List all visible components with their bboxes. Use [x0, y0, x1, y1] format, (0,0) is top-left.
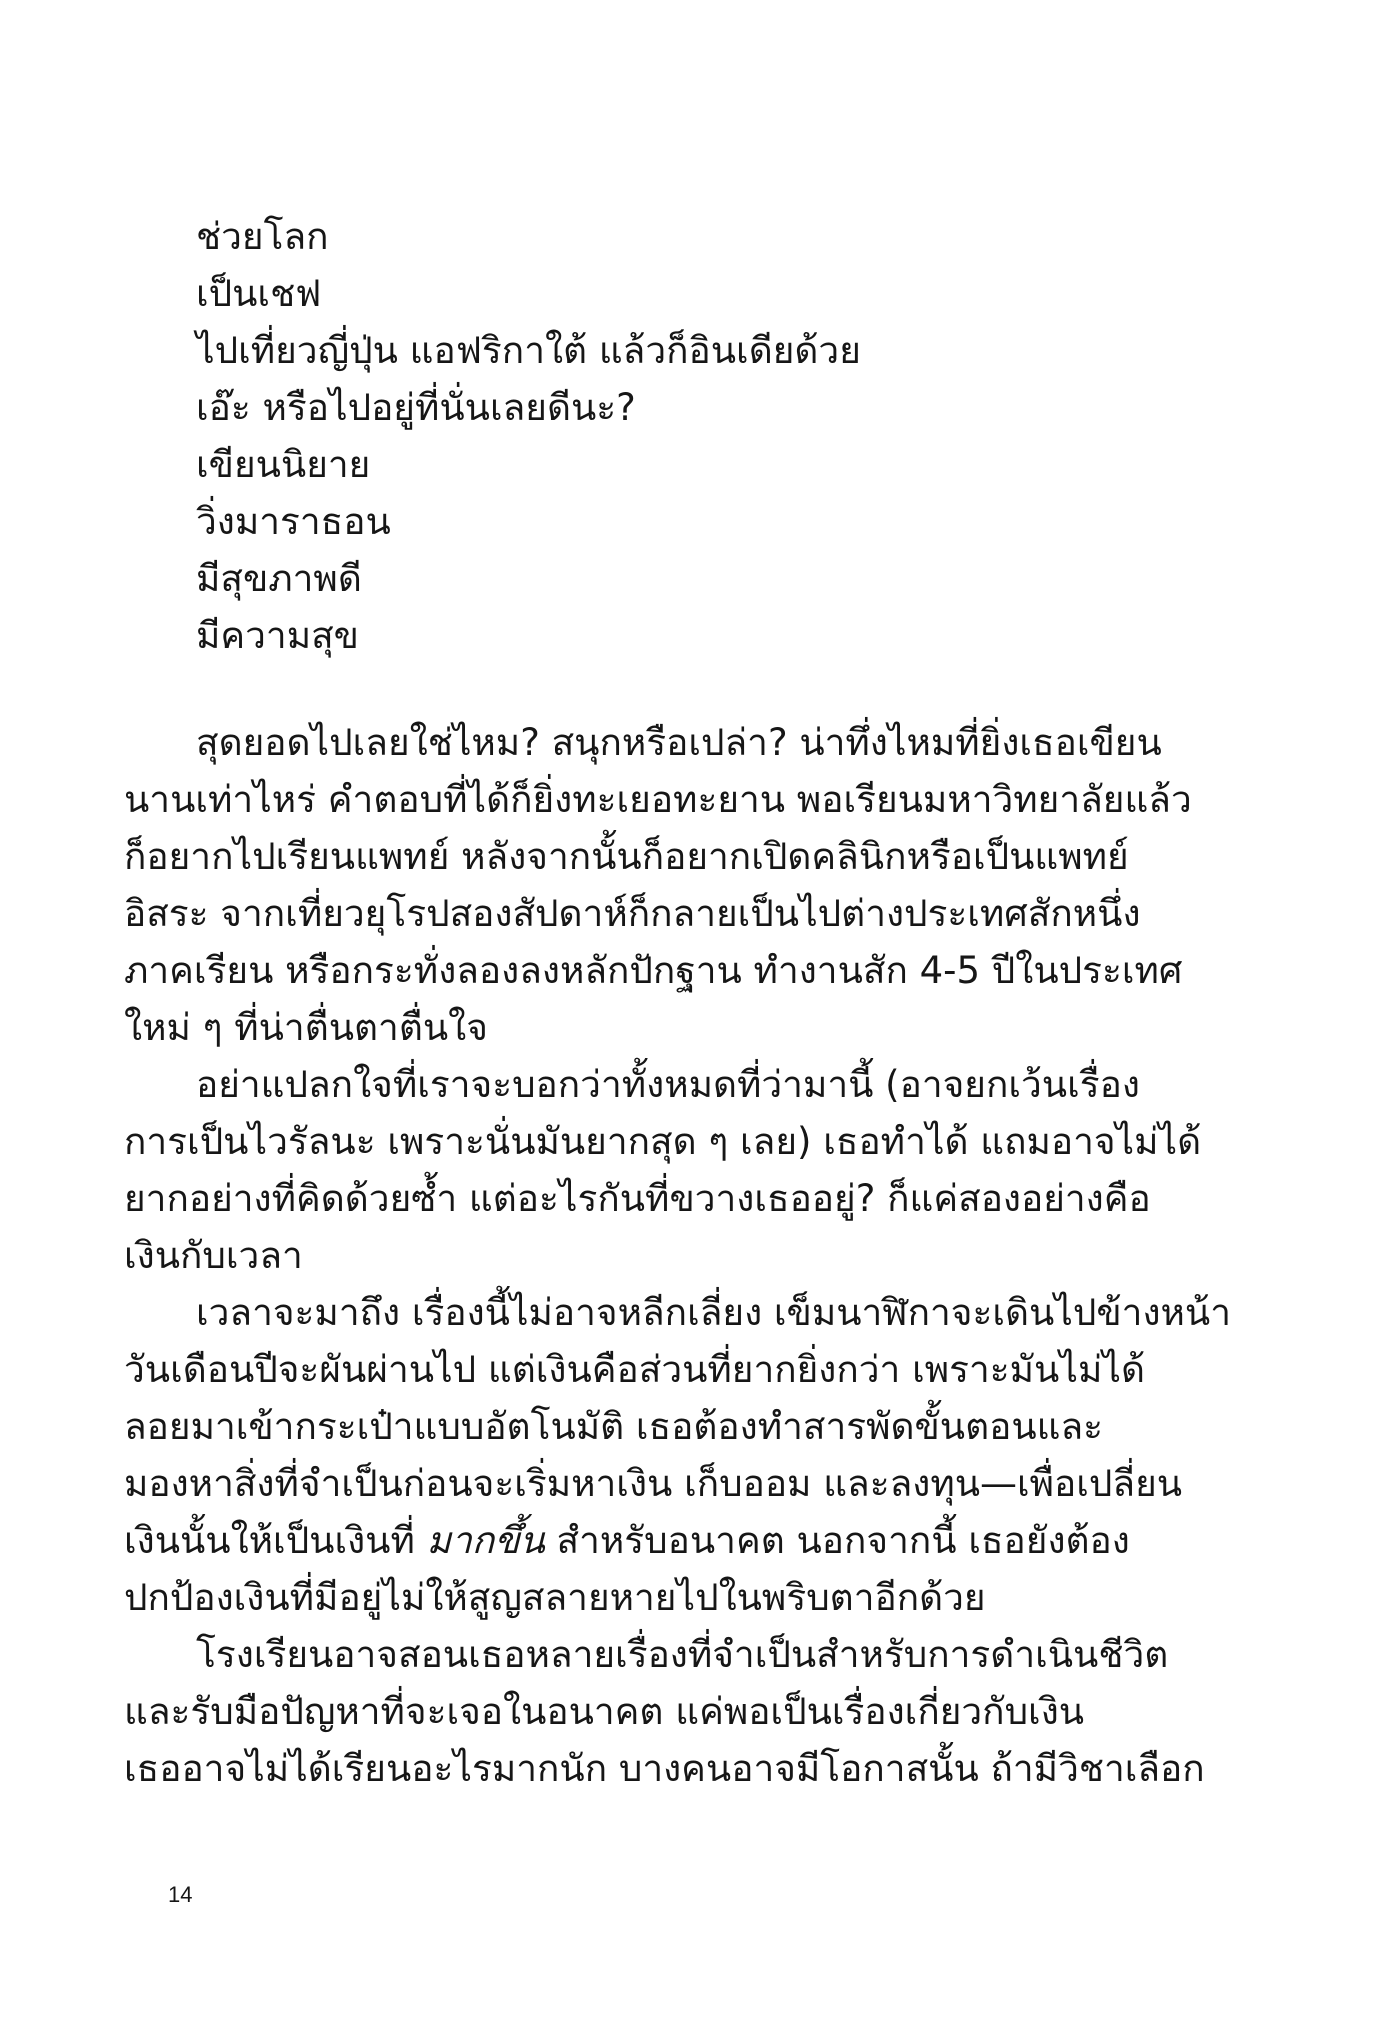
- text-line: ช่วยโลก: [196, 208, 1254, 265]
- text-run: ช่วยโลก: [196, 215, 329, 258]
- text-run: สำหรับอนาคต นอกจากนี้ เธอยังต้อง: [545, 1519, 1130, 1562]
- text-run: เวลาจะมาถึง เรื่องนี้ไม่อาจหลีกเลี่ยง เข…: [196, 1291, 1231, 1334]
- text-run: เขียนนิยาย: [196, 443, 370, 486]
- text-run: เงินนั้นให้เป็นเงินที่: [124, 1519, 427, 1562]
- text-run: วันเดือนปีจะผันผ่านไป แต่เงินคือส่วนที่ย…: [124, 1348, 1145, 1391]
- text-line: เอ๊ะ หรือไปอยู่ที่นั่นเลยดีนะ?: [196, 379, 1254, 436]
- text-run: การเป็นไวรัลนะ เพราะนั่นมันยากสุด ๆ เลย)…: [124, 1120, 1201, 1163]
- body-text: สุดยอดไปเลยใช่ไหม? สนุกหรือเปล่า? น่าทึ่…: [124, 714, 1254, 1797]
- text-line: ลอยมาเข้ากระเป๋าแบบอัตโนมัติ เธอต้องทำสา…: [124, 1398, 1254, 1455]
- text-line: มีความสุข: [196, 607, 1254, 664]
- wish-list: ช่วยโลกเป็นเชฟไปเที่ยวญี่ปุ่น แอฟริกาใต้…: [196, 208, 1254, 664]
- body-paragraph: อย่าแปลกใจที่เราจะบอกว่าทั้งหมดที่ว่ามาน…: [124, 1056, 1254, 1284]
- text-line: เป็นเชฟ: [196, 265, 1254, 322]
- text-line: และรับมือปัญหาที่จะเจอในอนาคต แค่พอเป็นเ…: [124, 1683, 1254, 1740]
- text-run: เธออาจไม่ได้เรียนอะไรมากนัก บางคนอาจมีโอ…: [124, 1747, 1205, 1790]
- text-run: เงินกับเวลา: [124, 1234, 303, 1277]
- text-line: ใหม่ ๆ ที่น่าตื่นตาตื่นใจ: [124, 999, 1254, 1056]
- text-line: ก็อยากไปเรียนแพทย์ หลังจากนั้นก็อยากเปิด…: [124, 828, 1254, 885]
- text-line: อย่าแปลกใจที่เราจะบอกว่าทั้งหมดที่ว่ามาน…: [124, 1056, 1254, 1113]
- text-line: เขียนนิยาย: [196, 436, 1254, 493]
- text-line: สุดยอดไปเลยใช่ไหม? สนุกหรือเปล่า? น่าทึ่…: [124, 714, 1254, 771]
- text-line: เวลาจะมาถึง เรื่องนี้ไม่อาจหลีกเลี่ยง เข…: [124, 1284, 1254, 1341]
- text-line: อิสระ จากเที่ยวยุโรปสองสัปดาห์ก็กลายเป็น…: [124, 885, 1254, 942]
- text-line: เธออาจไม่ได้เรียนอะไรมากนัก บางคนอาจมีโอ…: [124, 1740, 1254, 1797]
- page-number: 14: [168, 1882, 192, 1908]
- text-run: โรงเรียนอาจสอนเธอหลายเรื่องที่จำเป็นสำหร…: [196, 1633, 1168, 1676]
- text-run: เป็นเชฟ: [196, 272, 321, 315]
- text-run: ยากอย่างที่คิดด้วยซ้ำ แต่อะไรกันที่ขวางเ…: [124, 1177, 1151, 1220]
- text-line: ภาคเรียน หรือกระทั่งลองลงหลักปักฐาน ทำงา…: [124, 942, 1254, 999]
- text-run: ใหม่ ๆ ที่น่าตื่นตาตื่นใจ: [124, 1006, 488, 1049]
- book-page: ช่วยโลกเป็นเชฟไปเที่ยวญี่ปุ่น แอฟริกาใต้…: [0, 0, 1400, 2026]
- text-line: เงินนั้นให้เป็นเงินที่ มากขึ้น สำหรับอนา…: [124, 1512, 1254, 1569]
- text-run: ก็อยากไปเรียนแพทย์ หลังจากนั้นก็อยากเปิด…: [124, 835, 1129, 878]
- text-run: อย่าแปลกใจที่เราจะบอกว่าทั้งหมดที่ว่ามาน…: [196, 1063, 1140, 1106]
- text-run: ลอยมาเข้ากระเป๋าแบบอัตโนมัติ เธอต้องทำสา…: [124, 1405, 1103, 1448]
- text-run: ปกป้องเงินที่มีอยู่ไม่ให้สูญสลายหายไปในพ…: [124, 1576, 986, 1619]
- italic-emphasis: มากขึ้น: [427, 1519, 545, 1562]
- text-line: เงินกับเวลา: [124, 1227, 1254, 1284]
- text-line: นานเท่าไหร่ คำตอบที่ได้ก็ยิ่งทะเยอทะยาน …: [124, 771, 1254, 828]
- text-line: มีสุขภาพดี: [196, 550, 1254, 607]
- text-run: สุดยอดไปเลยใช่ไหม? สนุกหรือเปล่า? น่าทึ่…: [196, 721, 1162, 764]
- text-run: มีสุขภาพดี: [196, 557, 362, 600]
- body-paragraph: สุดยอดไปเลยใช่ไหม? สนุกหรือเปล่า? น่าทึ่…: [124, 714, 1254, 1056]
- text-line: มองหาสิ่งที่จำเป็นก่อนจะเริ่มหาเงิน เก็บ…: [124, 1455, 1254, 1512]
- text-line: ปกป้องเงินที่มีอยู่ไม่ให้สูญสลายหายไปในพ…: [124, 1569, 1254, 1626]
- text-line: ยากอย่างที่คิดด้วยซ้ำ แต่อะไรกันที่ขวางเ…: [124, 1170, 1254, 1227]
- text-run: มองหาสิ่งที่จำเป็นก่อนจะเริ่มหาเงิน เก็บ…: [124, 1462, 1182, 1505]
- text-line: โรงเรียนอาจสอนเธอหลายเรื่องที่จำเป็นสำหร…: [124, 1626, 1254, 1683]
- text-run: และรับมือปัญหาที่จะเจอในอนาคต แค่พอเป็นเ…: [124, 1690, 1084, 1733]
- text-run: นานเท่าไหร่ คำตอบที่ได้ก็ยิ่งทะเยอทะยาน …: [124, 778, 1192, 821]
- text-line: ไปเที่ยวญี่ปุ่น แอฟริกาใต้ แล้วก็อินเดีย…: [196, 322, 1254, 379]
- body-paragraph: โรงเรียนอาจสอนเธอหลายเรื่องที่จำเป็นสำหร…: [124, 1626, 1254, 1797]
- text-line: การเป็นไวรัลนะ เพราะนั่นมันยากสุด ๆ เลย)…: [124, 1113, 1254, 1170]
- text-run: ภาคเรียน หรือกระทั่งลองลงหลักปักฐาน ทำงา…: [124, 949, 1182, 992]
- text-run: อิสระ จากเที่ยวยุโรปสองสัปดาห์ก็กลายเป็น…: [124, 892, 1141, 935]
- text-line: วิ่งมาราธอน: [196, 493, 1254, 550]
- body-paragraph: เวลาจะมาถึง เรื่องนี้ไม่อาจหลีกเลี่ยง เข…: [124, 1284, 1254, 1626]
- text-run: วิ่งมาราธอน: [196, 500, 391, 543]
- text-run: ไปเที่ยวญี่ปุ่น แอฟริกาใต้ แล้วก็อินเดีย…: [196, 329, 861, 372]
- page-content: ช่วยโลกเป็นเชฟไปเที่ยวญี่ปุ่น แอฟริกาใต้…: [124, 208, 1254, 1797]
- text-run: มีความสุข: [196, 614, 359, 657]
- text-run: เอ๊ะ หรือไปอยู่ที่นั่นเลยดีนะ?: [196, 386, 636, 429]
- text-line: วันเดือนปีจะผันผ่านไป แต่เงินคือส่วนที่ย…: [124, 1341, 1254, 1398]
